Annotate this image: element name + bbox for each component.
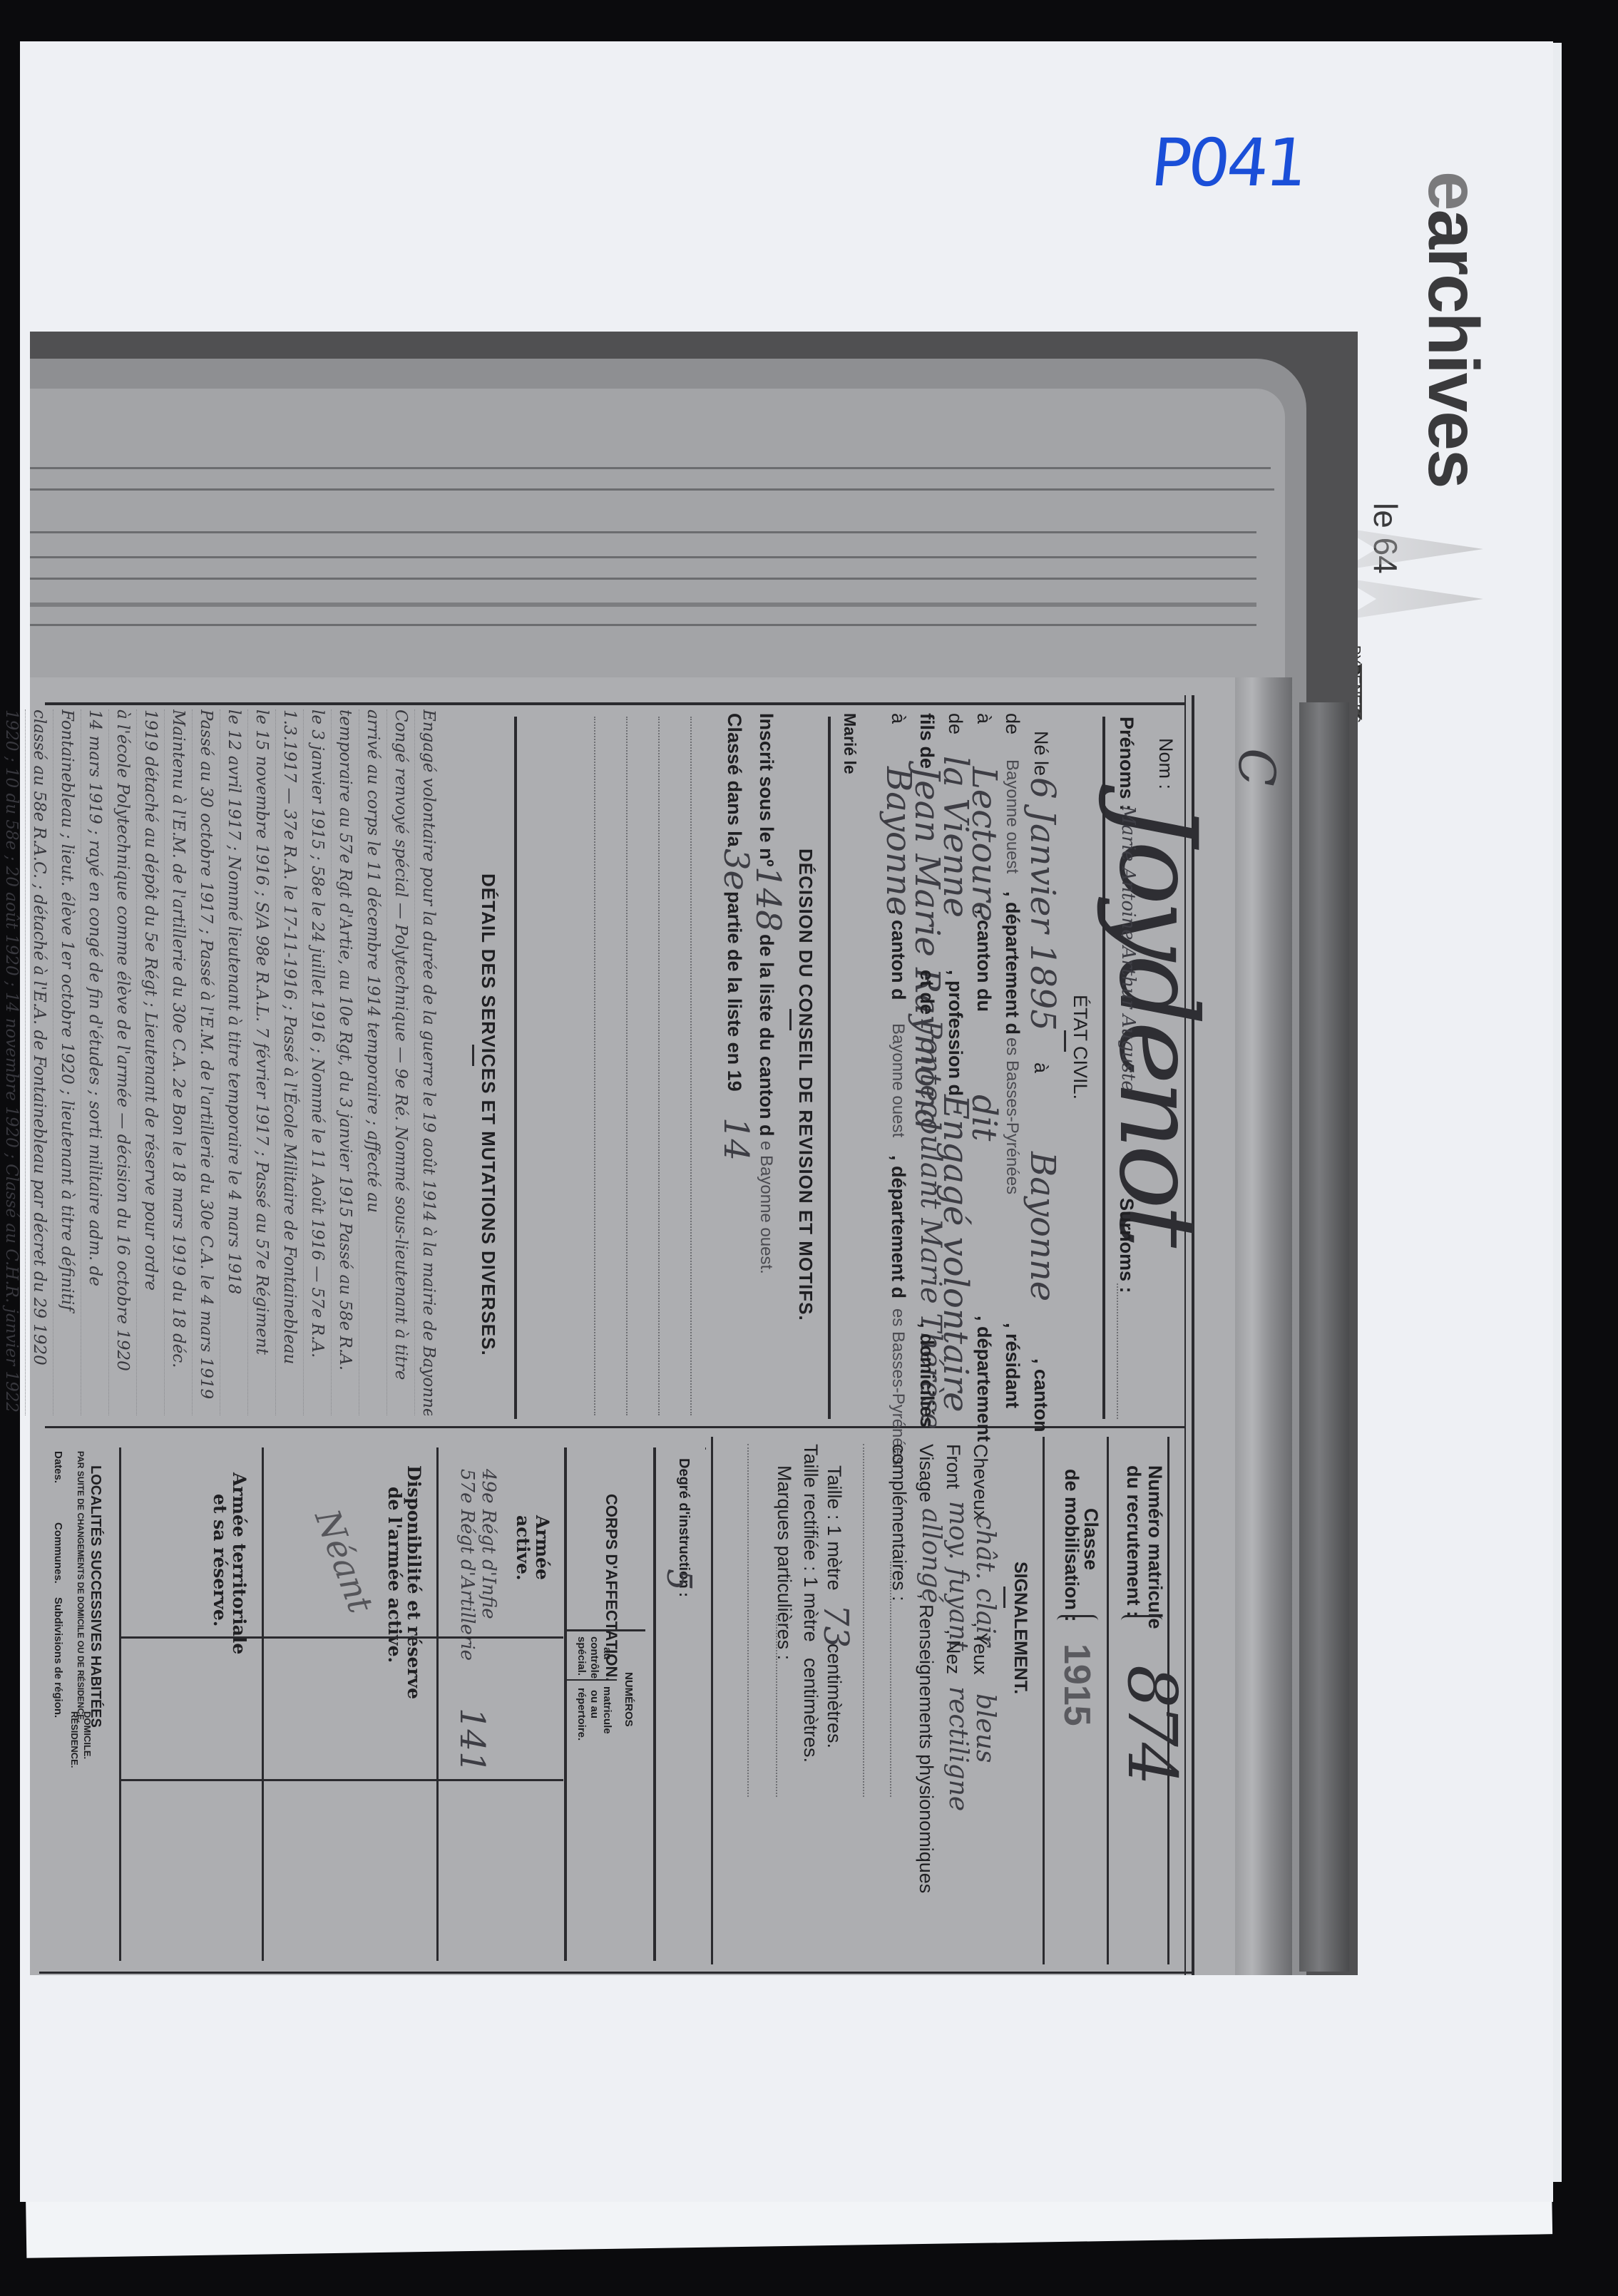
ne-le-label: Né le: [1030, 731, 1052, 776]
birth-date-value: 6 Janvier 1895: [1023, 777, 1063, 1031]
book-binding: [1299, 702, 1349, 1972]
service-entry-line: arrivé au corps le 11 décembre 1914 temp…: [359, 709, 386, 1415]
page-edge: [30, 531, 1256, 533]
birth-place-value: Bayonne: [1023, 1152, 1063, 1301]
service-entry-line: 1919 détaché au dépôt du 5e Régt ; Lieut…: [136, 709, 164, 1415]
service-entry-line: Congé renvoyé spécial — Polytechnique — …: [386, 709, 414, 1415]
marie-label: Marié le: [840, 713, 859, 774]
services-title: DÉTAIL DES SERVICES ET MUTATIONS DIVERSE…: [477, 873, 499, 1356]
nom-value: Joydenot: [1095, 802, 1219, 1244]
brace: [1057, 1615, 1098, 1622]
earchives-logo: earchives le 64 PYRENEESATLANTIQUESLE DE…: [1341, 171, 1526, 685]
prenoms-label: Prénoms :: [1115, 717, 1137, 811]
service-entry-line: 1920 ; 10 du 58e ; 20 août 1920 ; 14 nov…: [0, 709, 25, 1415]
column-divider: [45, 1426, 1186, 1428]
frame-line: [45, 702, 1186, 705]
service-entry-line: Maintenu à l'E.M. de l'artillerie du 30e…: [164, 709, 192, 1415]
service-entry-line: Fontainebleau ; lieut. élève 1er octobre…: [53, 709, 81, 1415]
service-entry-line: le 3 janvier 1915 ; 58e le 24 juillet 19…: [303, 709, 331, 1415]
logo-chevron-icon: [1341, 528, 1483, 570]
registre-matricule-form: Nom : Joydenot Prénoms : Marie Antoine A…: [29, 695, 1205, 1975]
matricule-label: Numéro matricule: [1144, 1465, 1166, 1629]
birth-department-value: es Basses-Pyrénées: [1002, 1037, 1022, 1194]
services-entries: Engagé volontaire pour la durée de la gu…: [0, 709, 442, 1415]
etat-civil-title: ÉTAT CIVIL.: [1069, 995, 1091, 1100]
signalement-title: SIGNALEMENT.: [1010, 1562, 1030, 1694]
logo-chevron-icon: [1341, 578, 1483, 620]
frame-line: [39, 1972, 1194, 1974]
classe-value: 1915: [1055, 1644, 1098, 1726]
service-entry-line: le 15 novembre 1916 ; S/A 98e R.A.L. 7 f…: [247, 709, 275, 1415]
handwritten-reference: P041: [1147, 125, 1309, 201]
service-entry-line: Engagé volontaire pour la durée de la gu…: [414, 709, 442, 1415]
nom-label: Nom :: [1154, 738, 1177, 789]
instruction-value: 5: [659, 1569, 699, 1591]
page-edge: [30, 624, 1256, 626]
page-edge: [30, 467, 1271, 469]
disponibilite-stroke: Néant: [307, 1505, 381, 1618]
taille-value: 73: [816, 1604, 856, 1648]
page-edge: [30, 556, 1256, 558]
service-entry-line: classé au 58e R.A.C. ; détaché à l'E.A. …: [25, 709, 53, 1415]
decision-title: DÉCISION DU CONSEIL DE REVISION ET MOTIF…: [794, 849, 816, 1321]
page-edge: [30, 578, 1256, 580]
brace: [1121, 1615, 1162, 1622]
armee-active-value: 49e Régt d'Infie: [478, 1469, 499, 1619]
page-curl: [1235, 677, 1292, 1975]
matricule-value: 874: [1112, 1665, 1191, 1781]
marginal-note: C: [1227, 748, 1286, 786]
page-edge: [30, 488, 1274, 491]
header-rule: [1102, 717, 1105, 1419]
service-entry-line: 14 mars 1919 ; rayé en congé de fin d'ét…: [81, 709, 108, 1415]
page-edge: [30, 603, 1256, 607]
logo-wordmark: earchives: [1412, 171, 1494, 487]
service-entry-line: Passé au 30 octobre 1917 ; Passé à l'E.M…: [192, 709, 220, 1415]
service-entry-line: 1.3.1917 — 37e R.A. le 17-11-1916 ; Pass…: [275, 709, 303, 1415]
surnoms-label: Surnoms :: [1115, 1198, 1137, 1293]
birth-canton-value: Bayonne ouest: [1002, 759, 1022, 873]
service-entry-line: à l'école Polytechnique comme élève de l…: [108, 709, 136, 1415]
localites-title: LOCALITÉS SUCCESSIVES HABITÉES: [87, 1465, 103, 1728]
service-entry-line: le 12 avril 1917 ; Nommé lieutenant à ti…: [220, 709, 247, 1415]
service-entry-line: temporaire au 57e Rgt d'Artie, au 10e Rg…: [331, 709, 359, 1415]
prenoms-value: Marie Antoine Arthur Auguste: [1117, 806, 1139, 1092]
